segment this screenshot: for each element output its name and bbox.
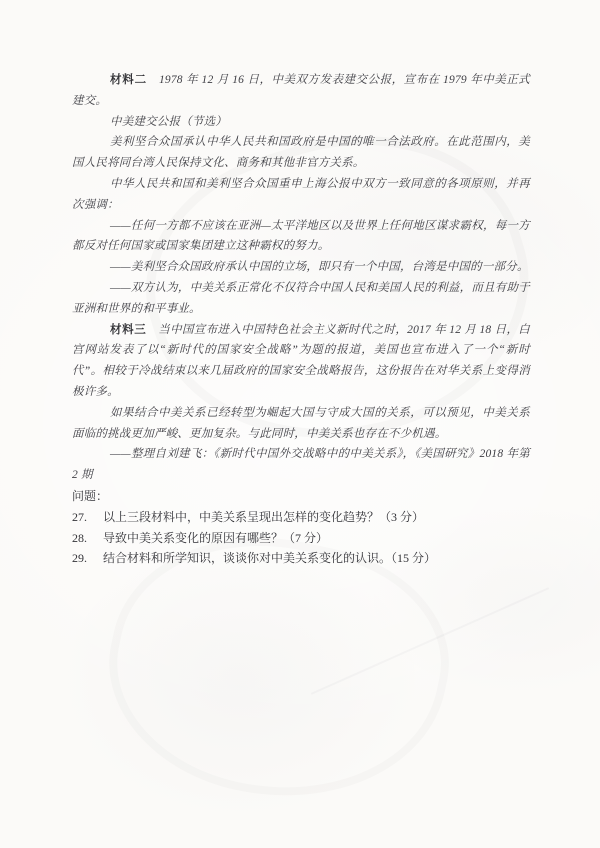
principle-item: ——任何一方都不应该在亚洲—太平洋地区以及世界上任何地区谋求霸权，每一方都反对任… (72, 216, 530, 258)
principle-item: ——美利坚合众国政府承认中国的立场，即只有一个中国，台湾是中国的一部分。 (72, 257, 530, 278)
material-two-label: 材料二 (110, 74, 147, 86)
source-citation: ——整理自刘建飞：《新时代中国外交战略中的中美关系》，《美国研究》2018 年第… (72, 444, 530, 486)
exam-content: 材料二 1978 年 12 月 16 日，中美双方发表建交公报，宣布在 1979… (72, 70, 530, 569)
conclusion-paragraph: 如果结合中美关系已经转型为崛起大国与守成大国的关系，可以预见，中美关系面临的挑战… (72, 403, 530, 445)
question-28: 28.导致中美关系变化的原因有哪些？（7 分） (72, 528, 530, 549)
material-two-paragraph: 材料二 1978 年 12 月 16 日，中美双方发表建交公报，宣布在 1979… (72, 70, 530, 112)
question-number: 28. (72, 528, 94, 549)
principle-item: ——双方认为，中美关系正常化不仅符合中国人民和美国人民的利益，而且有助于亚洲和世… (72, 278, 530, 320)
scan-scratch-line (311, 587, 549, 695)
communique-paragraph: 美利坚合众国承认中华人民共和国政府是中国的唯一合法政府。在此范围内，美国人民将同… (72, 132, 530, 174)
question-text: 结合材料和所学知识，谈谈你对中美关系变化的认识。（15 分） (103, 551, 436, 565)
question-text: 导致中美关系变化的原因有哪些？（7 分） (103, 531, 328, 545)
questions-label: 问题： (72, 486, 530, 507)
material-three-label: 材料三 (110, 324, 146, 336)
question-text: 以上三段材料中，中美关系呈现出怎样的变化趋势？（3 分） (103, 510, 424, 524)
scanned-exam-page: 材料二 1978 年 12 月 16 日，中美双方发表建交公报，宣布在 1979… (0, 0, 600, 848)
question-number: 29. (72, 548, 94, 569)
communique-paragraph: 中华人民共和国和美利坚合众国重申上海公报中双方一致同意的各项原则，并再次强调： (72, 174, 530, 216)
question-29: 29.结合材料和所学知识，谈谈你对中美关系变化的认识。（15 分） (72, 548, 530, 569)
question-number: 27. (72, 507, 94, 528)
question-27: 27.以上三段材料中，中美关系呈现出怎样的变化趋势？（3 分） (72, 507, 530, 528)
material-three-paragraph: 材料三 当中国宣布进入中国特色社会主义新时代之时，2017 年 12 月 18 … (72, 320, 530, 403)
communique-title: 中美建交公报（节选） (72, 112, 530, 133)
